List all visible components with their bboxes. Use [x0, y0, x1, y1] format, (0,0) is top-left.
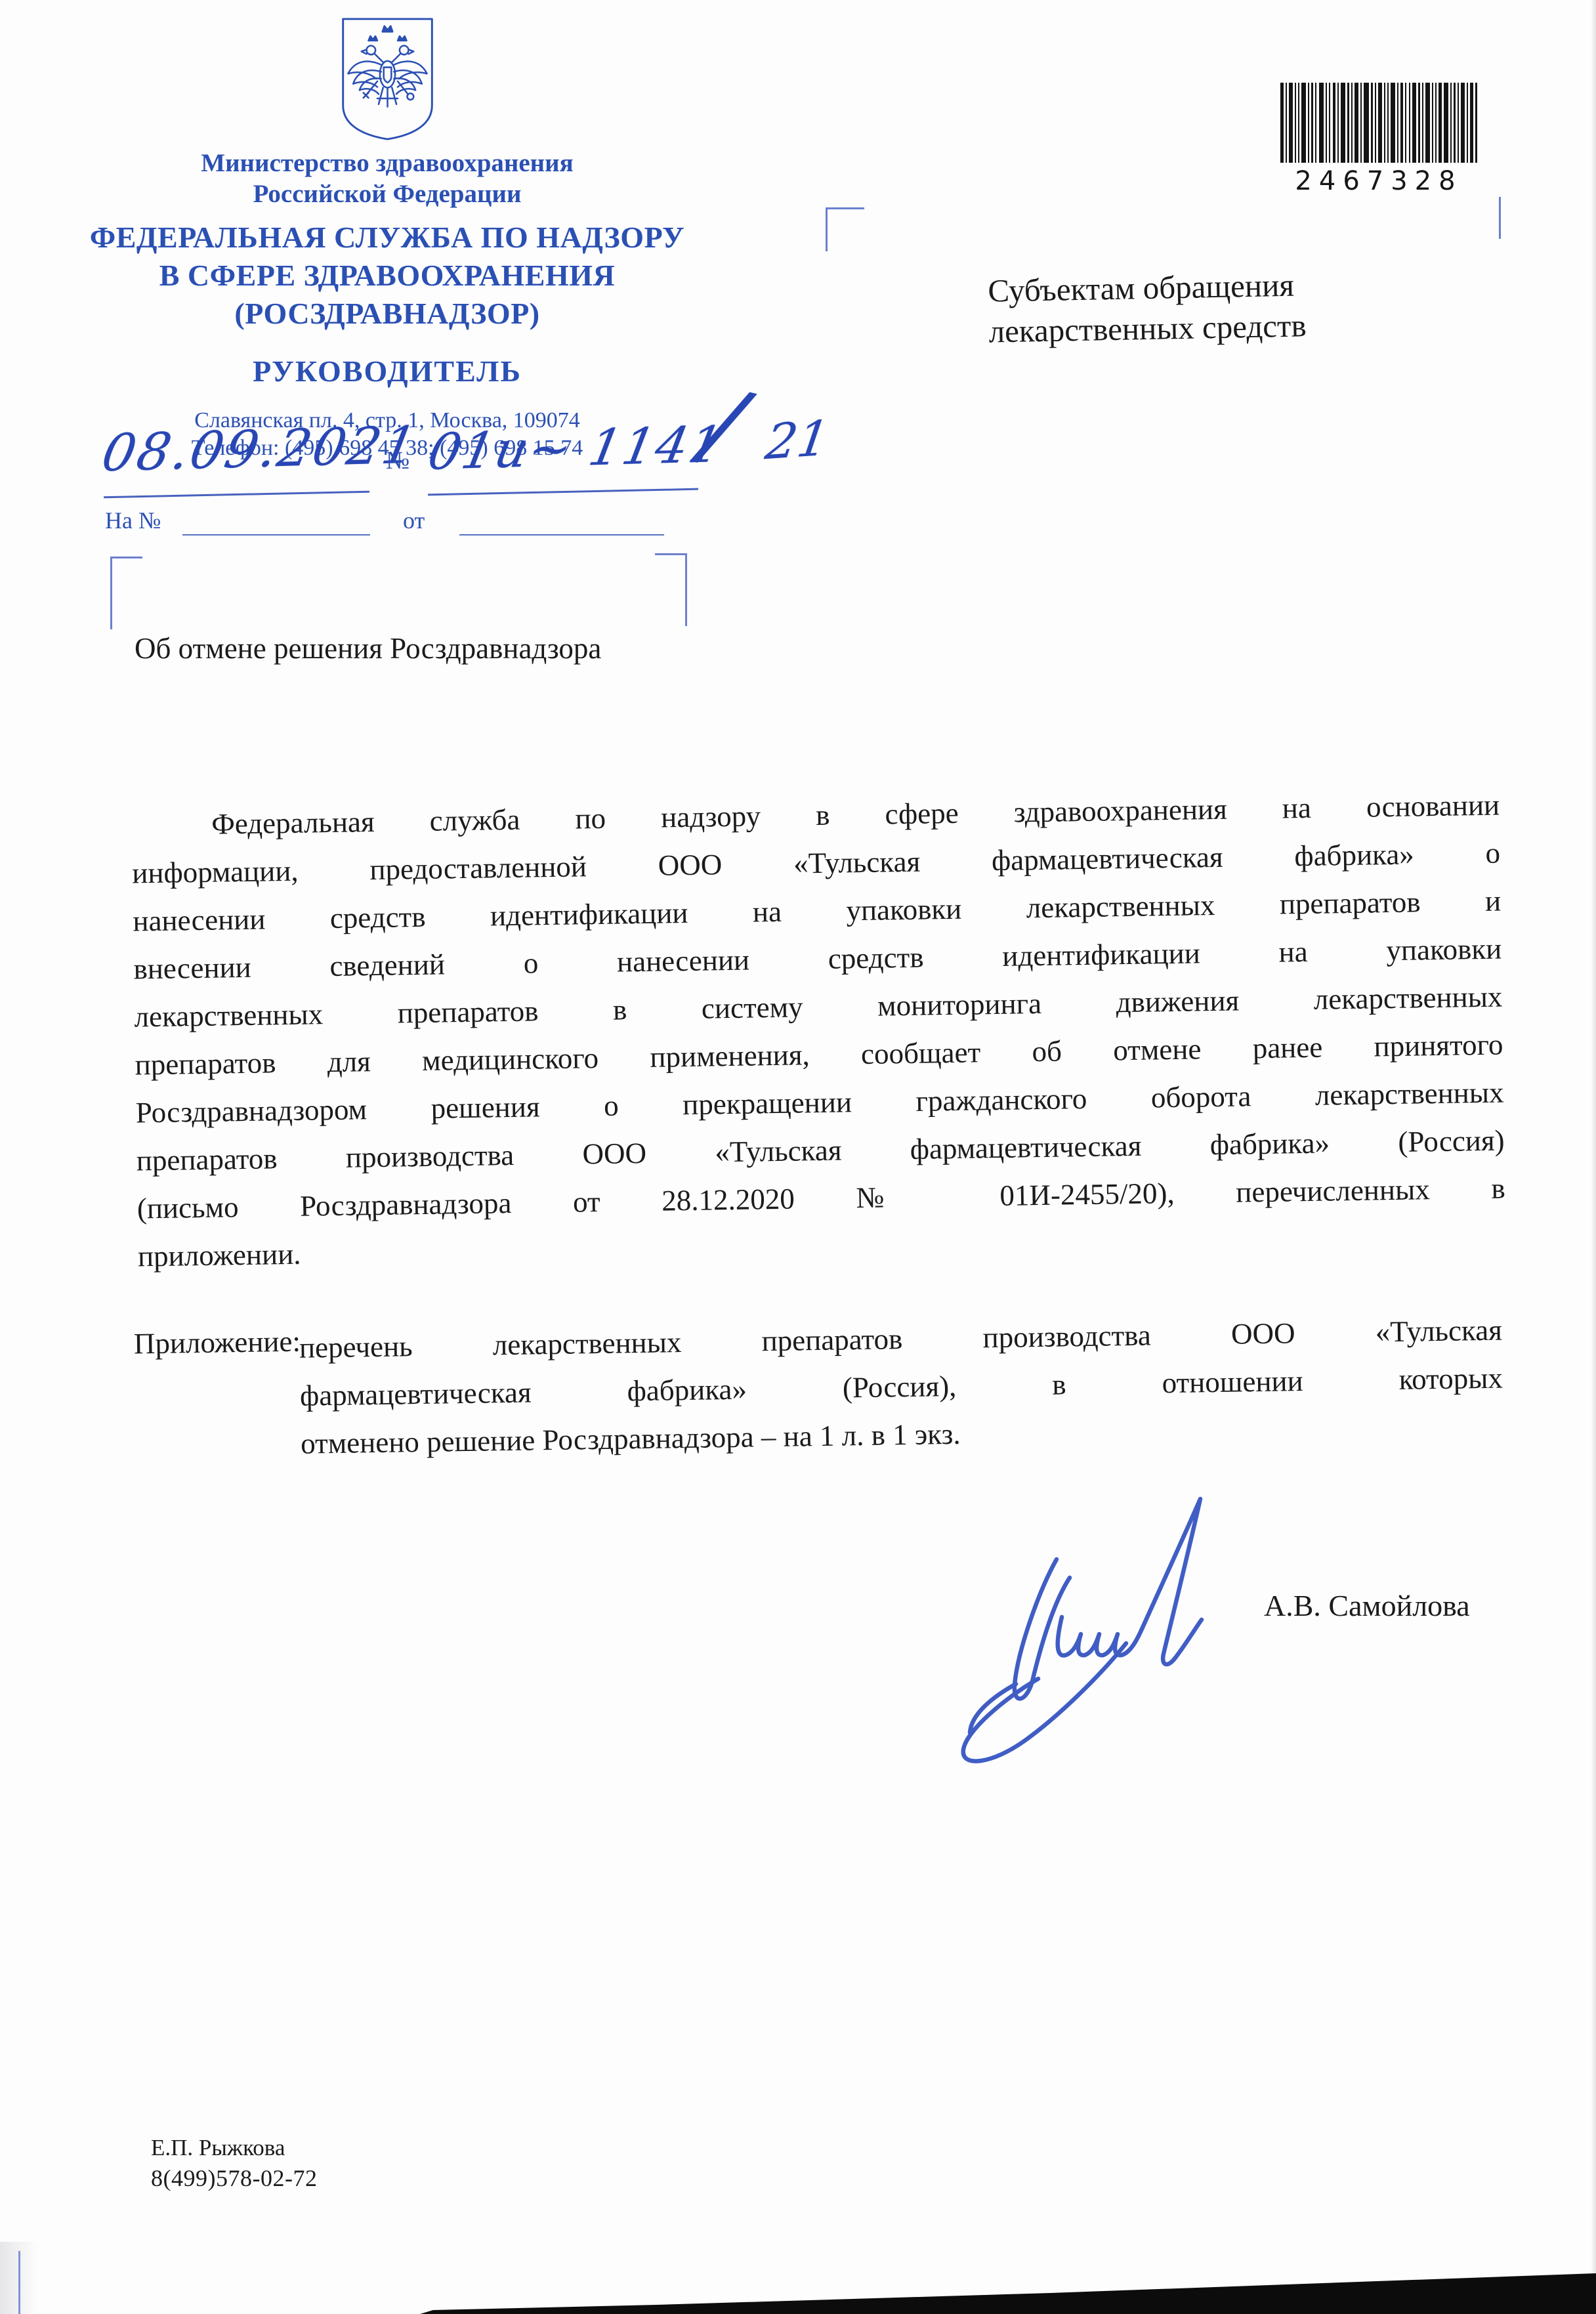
service-name-line1: ФЕДЕРАЛЬНАЯ СЛУЖБА ПО НАДЗОРУ — [66, 219, 709, 257]
scan-edge-shadow — [1591, 0, 1596, 2314]
appendix-block: Приложение: перечень лекарственных препа… — [133, 1307, 1503, 1471]
ref-from-label: от — [403, 507, 425, 534]
position-title: РУКОВОДИТЕЛЬ — [66, 354, 709, 389]
body-text: Федеральная служба по надзору в сфере зд… — [131, 782, 1507, 1281]
coat-of-arms-icon — [66, 13, 709, 148]
ref-number-label: На № — [105, 507, 161, 534]
addressee-block: Субъектам обращения лекарственных средст… — [988, 264, 1307, 352]
barcode: 2467328 — [1280, 83, 1478, 196]
letterhead: Министерство здравоохранения Российской … — [66, 13, 709, 462]
handwritten-number-suffix: 21 — [762, 410, 833, 471]
scan-bottom-band — [0, 2261, 1596, 2314]
addressee-line2: лекарственных средств — [988, 305, 1307, 352]
subject-line: Об отмене решения Росздравнадзора — [135, 631, 601, 665]
barcode-bars — [1280, 83, 1477, 163]
signer-name: А.В. Самойлова — [1264, 1588, 1470, 1623]
executor-phone: 8(499)578-02-72 — [151, 2163, 317, 2193]
corner-mark — [826, 207, 864, 251]
executor-name: Е.П. Рыжкова — [151, 2133, 317, 2163]
number-underline — [428, 488, 698, 496]
appendix-label: Приложение: — [133, 1324, 301, 1361]
ref-date-blank — [459, 534, 664, 536]
service-name-line2: В СФЕРЕ ЗДРАВООХРАНЕНИЯ — [66, 257, 709, 295]
ref-number-blank — [182, 534, 370, 536]
barcode-number: 2467328 — [1280, 166, 1478, 196]
scanned-letter-page: Министерство здравоохранения Российской … — [0, 0, 1596, 2314]
service-name-line3: (РОСЗДРАВНАДЗОР) — [66, 295, 709, 333]
addressee-line1: Субъектам обращения — [988, 264, 1306, 311]
signature-scribble-icon — [940, 1481, 1281, 1773]
corner-mark — [1487, 197, 1501, 239]
date-underline — [104, 491, 369, 498]
number-sign: № — [386, 446, 409, 475]
corner-mark — [655, 553, 687, 626]
ministry-name-line1: Министерство здравоохранения — [66, 148, 709, 179]
ministry-name-line2: Российской Федерации — [66, 179, 709, 209]
corner-mark — [110, 557, 142, 629]
executor-block: Е.П. Рыжкова 8(499)578-02-72 — [151, 2133, 317, 2193]
handwritten-number: 01и~ 1141 — [424, 415, 728, 481]
handwritten-date: 08.09.2021 — [97, 416, 423, 483]
